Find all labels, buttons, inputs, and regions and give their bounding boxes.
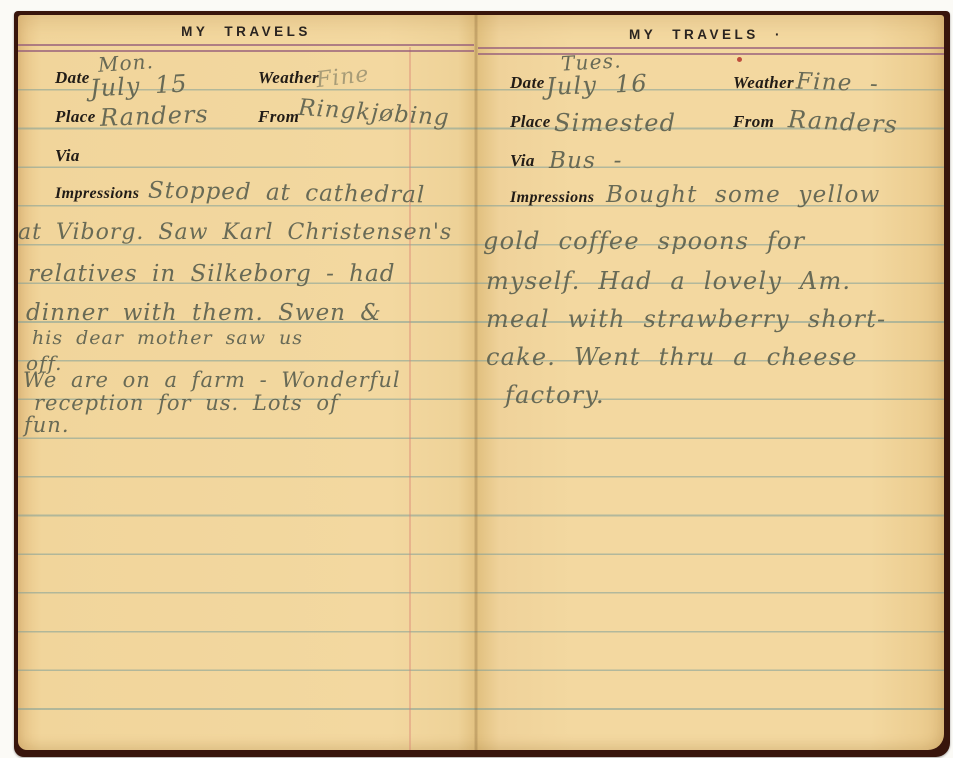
impressions-line: cake. Went thru a cheese [486, 343, 858, 371]
impressions-label-right: Impressions [510, 189, 594, 207]
via-value-right: Bus - [549, 148, 623, 174]
impressions-line: dinner with them. Swen & [26, 300, 382, 326]
date-value-right: July 16 [546, 69, 649, 101]
place-label-left: Place [55, 107, 96, 127]
place-label-right: Place [510, 112, 551, 132]
impressions-first-line-left: Stopped at cathedral [148, 178, 426, 209]
impressions-line: meal with strawberry short- [486, 305, 886, 333]
impressions-label-left: Impressions [55, 185, 139, 203]
impressions-first-line-right: Bought some yellow [606, 182, 881, 208]
place-value-right: Simested [554, 109, 676, 137]
impressions-line: reception for us. Lots of [34, 391, 339, 415]
impressions-line: his dear mother saw us [32, 327, 303, 349]
via-label-left: Via [55, 146, 80, 166]
impressions-line: gold coffee spoons for [483, 227, 805, 255]
header-double-rule-left [18, 44, 474, 52]
red-ink-dot [737, 57, 742, 62]
from-value-right: Randers [787, 105, 898, 139]
impressions-line: at Viborg. Saw Karl Christensen's [18, 220, 452, 245]
via-label-right: Via [510, 151, 535, 171]
page-gutter-crease [474, 15, 478, 750]
place-value-left: Randers [100, 100, 210, 132]
page-header-right: MY TRAVELS · [516, 27, 896, 42]
date-label-right: Date [510, 73, 545, 93]
impressions-line: myself. Had a lovely Am. [486, 267, 851, 295]
header-double-rule-right [478, 47, 944, 55]
impressions-line: factory. [505, 381, 605, 409]
impressions-line: We are on a farm - Wonderful [23, 368, 401, 392]
date-label-left: Date [55, 68, 90, 88]
diary-pages-paper: MY TRAVELS Date Mon. July 15 Weather Fin… [18, 15, 944, 750]
weather-label-right: Weather [733, 73, 794, 93]
impressions-line: relatives in Silkeborg - had [28, 261, 395, 287]
weather-label-left: Weather [258, 68, 319, 88]
date-value-left: July 15 [89, 69, 188, 102]
page-header-left: MY TRAVELS [56, 24, 436, 39]
weather-value-right: Fine - [796, 69, 880, 98]
impressions-line: fun. [24, 413, 70, 437]
from-label-left: From [258, 107, 299, 127]
from-label-right: From [733, 112, 774, 132]
left-page-margin-line [409, 47, 411, 750]
scanned-diary-spread: MY TRAVELS Date Mon. July 15 Weather Fin… [0, 0, 953, 758]
